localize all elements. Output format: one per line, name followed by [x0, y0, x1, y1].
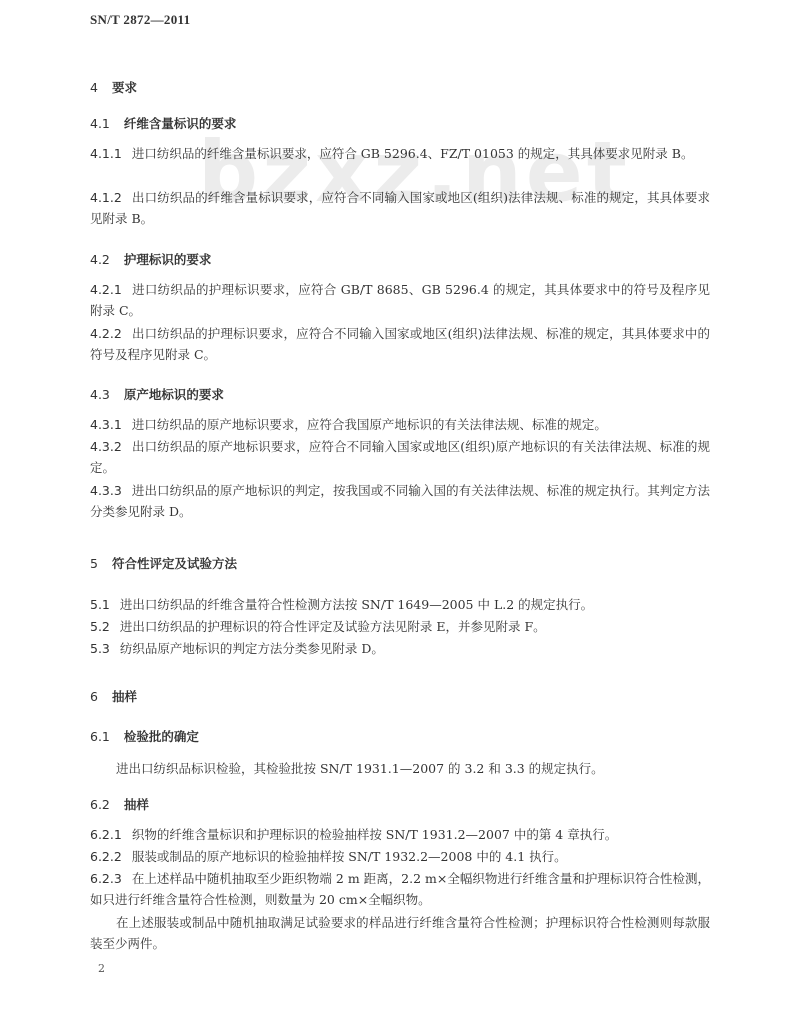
- clause-6-1-text: 进出口纺织品标识检验，其检验批按 SN/T 1931.1—2007 的 3.2 …: [90, 758, 710, 779]
- standard-code: SN/T 2872—2011: [90, 12, 190, 28]
- clause-6-2-2: 6.2.2服装或制品的原产地标识的检验抽样按 SN/T 1932.2—2008 …: [90, 846, 710, 867]
- section-heading-4-1: 4.1纤维含量标识的要求: [90, 114, 236, 132]
- clause-4-3-3: 4.3.3进出口纺织品的原产地标识的判定，按我国或不同输入国的有关法律法规、标准…: [90, 480, 710, 522]
- document-page: SN/T 2872—2011 bzxz.net 4要求 4.1纤维含量标识的要求…: [0, 0, 800, 1036]
- clause-4-3-1: 4.3.1进口纺织品的原产地标识要求，应符合我国原产地标识的有关法律法规、标准的…: [90, 414, 710, 435]
- section-heading-6-2: 6.2抽样: [90, 795, 149, 813]
- clause-6-2-3: 6.2.3在上述样品中随机抽取至少距织物端 2 m 距离，2.2 m×全幅织物进…: [90, 868, 710, 910]
- clause-4-2-1: 4.2.1进口纺织品的护理标识要求，应符合 GB/T 8685、GB 5296.…: [90, 279, 710, 321]
- page-number: 2: [98, 962, 105, 975]
- clause-6-2-1: 6.2.1织物的纤维含量标识和护理标识的检验抽样按 SN/T 1931.2—20…: [90, 824, 710, 845]
- clause-5-2: 5.2进出口纺织品的护理标识的符合性评定及试验方法见附录 E，并参见附录 F。: [90, 616, 710, 637]
- section-heading-6-1: 6.1检验批的确定: [90, 727, 199, 745]
- clause-5-3: 5.3纺织品原产地标识的判定方法分类参见附录 D。: [90, 638, 710, 659]
- clause-4-2-2: 4.2.2出口纺织品的护理标识要求，应符合不同输入国家或地区(组织)法律法规、标…: [90, 323, 710, 365]
- section-heading-4: 4要求: [90, 78, 137, 96]
- clause-5-1: 5.1进出口纺织品的纤维含量符合性检测方法按 SN/T 1649—2005 中 …: [90, 594, 710, 615]
- section-heading-6: 6抽样: [90, 687, 137, 705]
- section-heading-4-2: 4.2护理标识的要求: [90, 250, 211, 268]
- section-heading-5: 5符合性评定及试验方法: [90, 554, 237, 572]
- clause-4-1-2: 4.1.2出口纺织品的纤维含量标识要求，应符合不同输入国家或地区(组织)法律法规…: [90, 187, 710, 229]
- section-heading-4-3: 4.3原产地标识的要求: [90, 385, 224, 403]
- clause-4-3-2: 4.3.2出口纺织品的原产地标识要求，应符合不同输入国家或地区(组织)原产地标识…: [90, 436, 710, 478]
- clause-4-1-1: 4.1.1进口纺织品的纤维含量标识要求，应符合 GB 5296.4、FZ/T 0…: [90, 143, 710, 164]
- clause-6-2-3-continuation: 在上述服装或制品中随机抽取满足试验要求的样品进行纤维含量符合性检测；护理标识符合…: [90, 912, 710, 954]
